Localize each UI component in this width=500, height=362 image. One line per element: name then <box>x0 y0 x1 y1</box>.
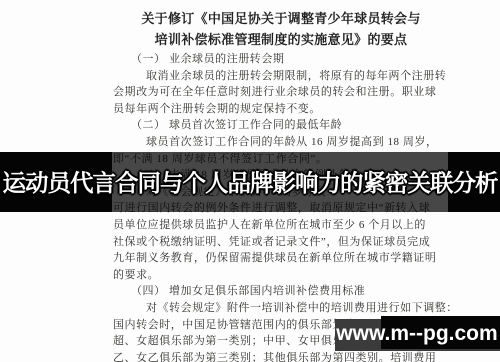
document-text-line: 球员首次签订工作合同的年龄从 16 周岁提高到 18 周岁， <box>113 134 453 151</box>
scanned-document-page: 关于修订《中国足协关于调整青少年球员转会与 培训补偿标准管理制度的实施意见》的要… <box>0 0 500 362</box>
document-title-line-2: 培训补偿标准管理制度的实施意见》的要点 <box>113 29 449 50</box>
document-text-line: 取消业余球员的注册转会期限制，将原有的每年两个注册转 <box>113 68 453 85</box>
document-text-line: 会期改为可在全年任意时刻进行业余球员的转会和注册。职业球 <box>113 84 453 101</box>
section-1-heading: （一） 业余球员的注册转会期 <box>113 51 453 68</box>
document-title: 关于修订《中国足协关于调整青少年球员转会与 培训补偿标准管理制度的实施意见》的要… <box>113 8 449 50</box>
document-text-line: 对《转会规定》附件一培训补偿中的培训费用进行如下调整： <box>113 300 453 317</box>
document-title-line-1: 关于修订《中国足协关于调整青少年球员转会与 <box>113 8 449 29</box>
watermark-url-text: www.m--pg.com <box>336 317 498 350</box>
document-text-line: 员每年两个注册转会期的规定保持不变。 <box>113 101 453 118</box>
section-2-heading: （二） 球员首次签订工作合同的最低年龄 <box>113 117 453 134</box>
overlay-banner-title: 运动员代言合同与个人品牌影响力的紧密关联分析 <box>0 166 500 200</box>
document-text-line: 社保或个税缴纳证明、凭证或者记录文件”，但为保证球员完成 <box>113 234 453 251</box>
document-text-line: 的要求。 <box>113 267 453 284</box>
document-text-line: 九年制义务教育，仍保留需提供球员在新单位所在城市学籍证明 <box>113 250 453 267</box>
document-text-line: 乙、女乙俱乐部为第三类别；其他俱乐部为第四类别。培训费用 <box>113 350 453 362</box>
section-4-heading: （四） 增加女足俱乐部国内培训补偿费用标准 <box>113 283 453 300</box>
document-text-line: 员单位应提供球员监护人在新单位所在城市至少 6 个月以上的 <box>113 217 453 234</box>
